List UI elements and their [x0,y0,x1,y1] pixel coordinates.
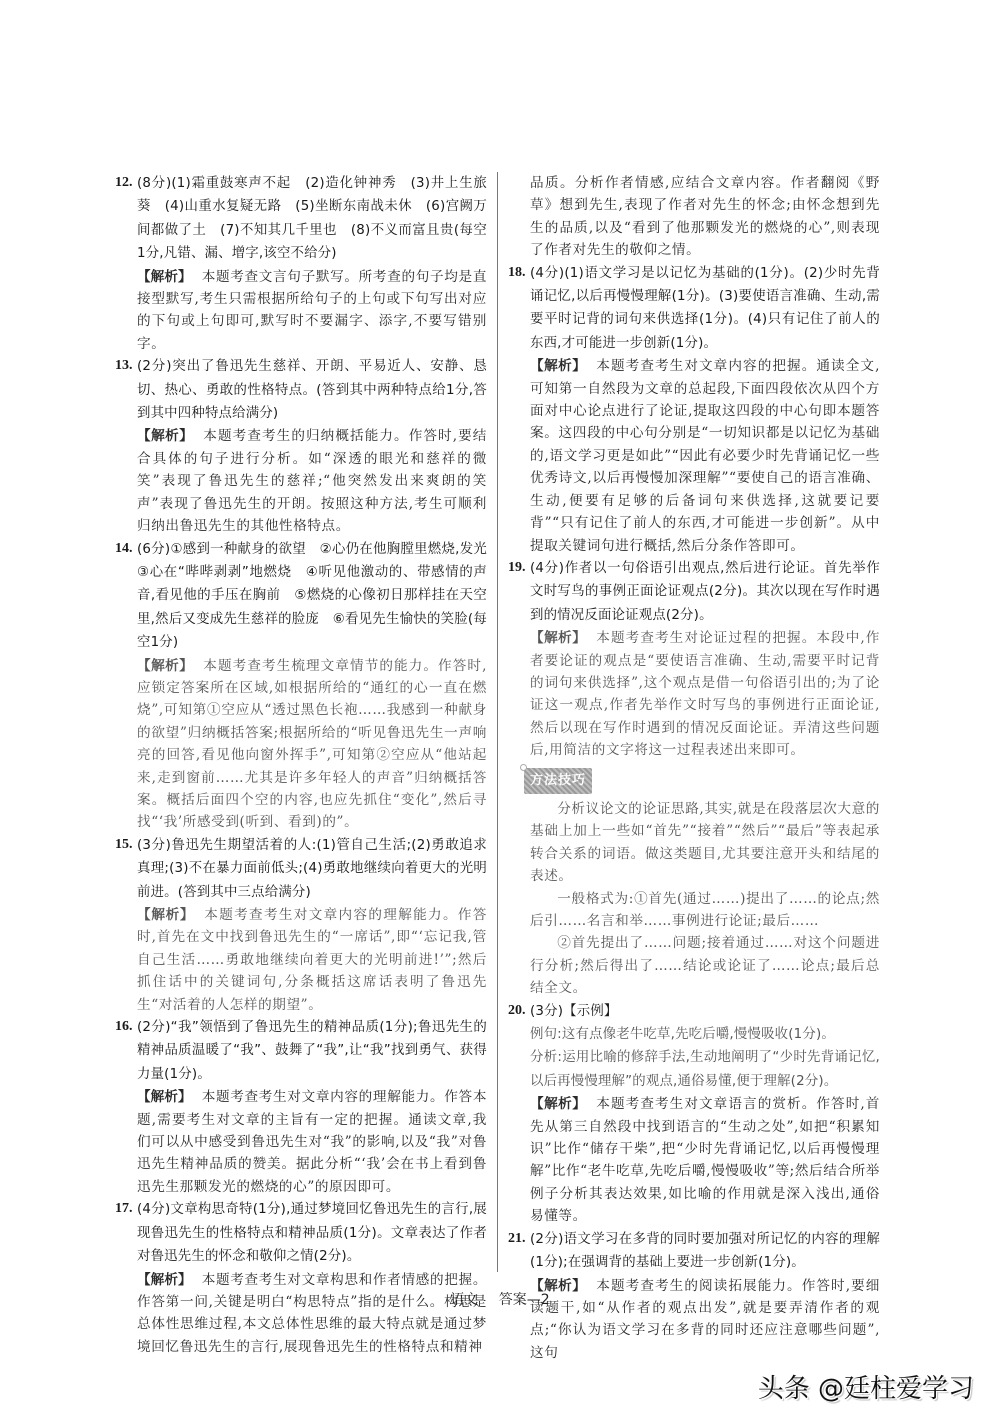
analysis-text: 本题考查考生对文章内容的把握。通读全文,可知第一自然段为文章的总起段,下面四段依… [530,358,880,553]
answer-head: (3分)【示例】 [530,1004,618,1019]
analysis-text: 本题考查考生对文章内容的理解能力。作答本题,需要考生对文章的主旨有一定的把握。通… [137,1089,487,1195]
analysis-tag: 【解析】 [530,630,586,646]
tips-paragraph: ②首先提出了……问题;接着通过……对这个问题进行分析;然后得出了……结论或论证了… [530,932,880,999]
answer-text: (3分)鲁迅先生期望活着的人:(1)管自己生活;(2)勇敢追求真理;(3)不在暴… [137,838,487,900]
analysis-tag: 【解析】 [137,1272,192,1288]
analysis-tag: 【解析】 [530,1096,586,1112]
page-footer: 语文 答案—2 [0,1289,1000,1309]
example-analysis: 分析:运用比喻的修辞手法,生动地阐明了“少时先背诵记忆,以后再慢慢理解”的观点,… [530,1050,880,1088]
source-watermark: 头条 @廷柱爱学习 [758,1368,974,1405]
answer-text: (2分)突出了鲁迅先生慈祥、开朗、平易近人、安静、恳切、热心、勇敢的性格特点。(… [137,359,487,421]
answer-text: (2分)语文学习在多背的同时要加强对所记忆的内容的理解(1分);在强调背的基础上… [530,1232,880,1270]
question-15: 15. (3分)鲁迅先生期望活着的人:(1)管自己生活;(2)勇敢追求真理;(3… [115,834,487,1016]
question-13: 13. (2分)突出了鲁迅先生慈祥、开朗、平易近人、安静、恳切、热心、勇敢的性格… [115,355,487,537]
question-number: 20. [508,1000,526,1022]
question-12: 12. (8分)(1)霜重鼓寒声不起 (2)造化钟神秀 (3)井上生旅葵 (4)… [115,172,487,355]
answer-text: (4分)文章构思奇特(1分),通过梦境回忆鲁迅先生的言行,展现鲁迅先生的性格特点… [137,1202,487,1264]
left-column: 12. (8分)(1)霜重鼓寒声不起 (2)造化钟神秀 (3)井上生旅葵 (4)… [115,172,487,1358]
footer-page-label: 答案—2 [499,1292,550,1308]
question-number: 19. [508,557,526,579]
analysis-text: 本题考查考生对论证过程的把握。本段中,作者要论证的观点是“要使语言准确、生动,需… [530,630,880,758]
tips-paragraph: 分析议论文的论证思路,其实,就是在段落层次大意的基础上加上一些如“首先”“接着”… [530,798,880,888]
analysis-text: 本题考查考生对文章语言的赏析。作答时,首先从第三自然段中找到语言的“生动之处”,… [530,1096,880,1224]
question-17-continued: 品质。分析作者情感,应结合文章内容。作者翻阅《野草》想到先生,表现了作者对先生的… [508,172,880,262]
question-number: 21. [508,1228,526,1250]
example-sentence: 例句:这有点像老牛吃草,先吃后嚼,慢慢吸收(1分)。 [530,1027,835,1042]
answer-text: (4分)(1)语文学习是以记忆为基础的(1分)。(2)少时先背诵记忆,以后再慢慢… [530,266,880,351]
question-20: 20. (3分)【示例】 例句:这有点像老牛吃草,先吃后嚼,慢慢吸收(1分)。 … [508,1000,880,1228]
method-tips-heading: 方法技巧 [524,768,592,794]
question-number: 13. [115,355,133,377]
question-19: 19. (4分)作者以一句俗语引出观点,然后进行论证。首先举作文时写鸟的事例正面… [508,557,880,762]
question-16: 16. (2分)“我”领悟到了鲁迅先生的精神品质(1分);鲁迅先生的精神品质温暖… [115,1016,487,1198]
analysis-tag: 【解析】 [137,269,192,285]
tips-paragraph: 一般格式为:①首先(通过……)提出了……的论点;然后引……名言和举……事例进行论… [530,888,880,933]
question-number: 17. [115,1198,133,1220]
method-tips-body: 分析议论文的论证思路,其实,就是在段落层次大意的基础上加上一些如“首先”“接着”… [508,798,880,1000]
analysis-tag: 【解析】 [137,428,193,444]
answer-text: (6分)①感到一种献身的欲望 ②心仍在他胸膛里燃烧,发光 ③心在“哔哔剥剥”地燃… [137,542,501,651]
question-18: 18. (4分)(1)语文学习是以记忆为基础的(1分)。(2)少时先背诵记忆,以… [508,262,880,557]
answer-text: (2分)“我”领悟到了鲁迅先生的精神品质(1分);鲁迅先生的精神品质温暖了“我”… [137,1020,487,1082]
analysis-text: 本题考查考生梳理文章情节的能力。作答时,应锁定答案所在区域,如根据所给的“通红的… [137,658,487,831]
analysis-tag: 【解析】 [530,358,586,374]
analysis-tag: 【解析】 [137,907,194,923]
question-number: 14. [115,538,133,560]
analysis-text: 本题考查考生的归纳概括能力。作答时,要结合具体的句子进行分析。如“深透的眼光和慈… [137,428,487,534]
analysis-text: 品质。分析作者情感,应结合文章内容。作者翻阅《野草》想到先生,表现了作者对先生的… [530,175,880,258]
column-divider [497,172,498,1272]
analysis-tag: 【解析】 [137,1089,192,1105]
question-17: 17. (4分)文章构思奇特(1分),通过梦境回忆鲁迅先生的言行,展现鲁迅先生的… [115,1198,487,1358]
question-14: 14. (6分)①感到一种献身的欲望 ②心仍在他胸膛里燃烧,发光 ③心在“哔哔剥… [115,538,487,834]
answer-page: 12. (8分)(1)霜重鼓寒声不起 (2)造化钟神秀 (3)井上生旅葵 (4)… [0,0,1000,1416]
answer-text: (4分)作者以一句俗语引出观点,然后进行论证。首先举作文时写鸟的事例正面论证观点… [530,561,880,623]
right-column: 品质。分析作者情感,应结合文章内容。作者翻阅《野草》想到先生,表现了作者对先生的… [508,172,880,1364]
question-number: 15. [115,834,133,856]
question-number: 16. [115,1016,133,1038]
question-number: 18. [508,262,526,284]
question-number: 12. [115,172,133,194]
answer-text: (8分)(1)霜重鼓寒声不起 (2)造化钟神秀 (3)井上生旅葵 (4)山重水复… [137,176,487,261]
analysis-tag: 【解析】 [137,658,193,674]
footer-subject: 语文 [450,1292,478,1308]
